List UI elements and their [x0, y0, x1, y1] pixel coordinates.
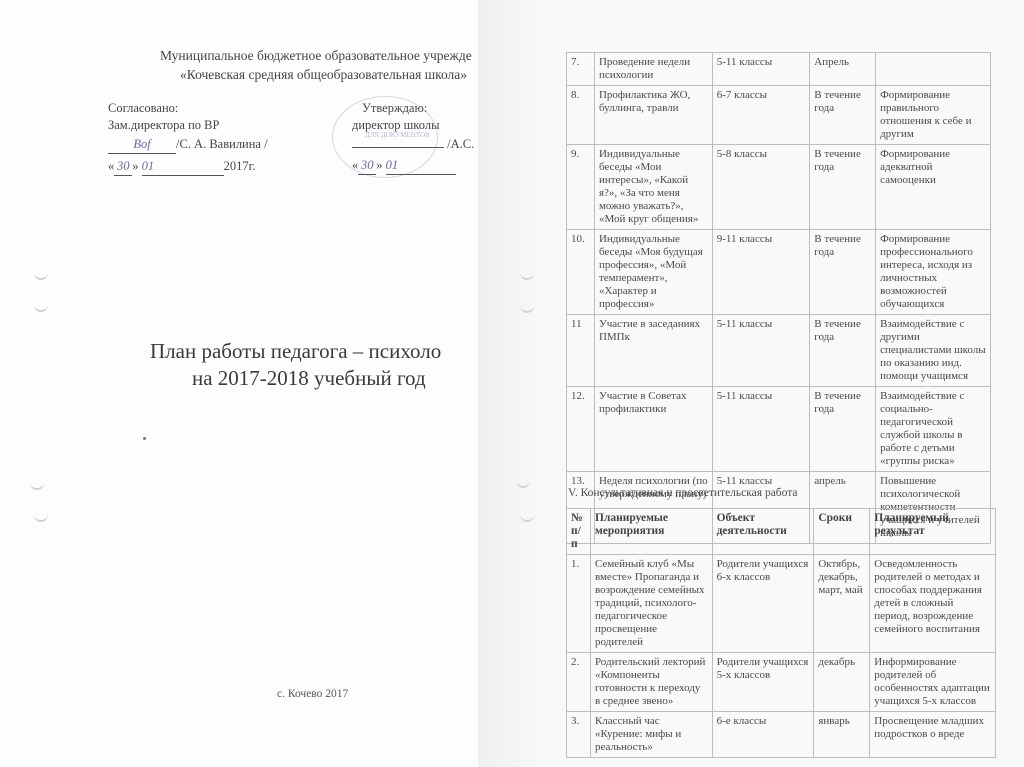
section-heading: V. Консультативная и просветительская ра… [568, 487, 798, 499]
title-line-2: на 2017-2018 учебный год [150, 365, 490, 392]
cell-target: 6-е классы [712, 712, 814, 758]
cell-period: январь [814, 712, 870, 758]
header-target: Объект деятельности [712, 509, 814, 555]
cell-period: В течение года [810, 145, 876, 230]
agreed-label: Согласовано: [108, 100, 268, 117]
agreed-position: Зам.директора по ВР [108, 117, 268, 134]
title-line-1: План работы педагога – психоло [150, 338, 490, 365]
cell-activity: Проведение недели психологии [594, 53, 712, 86]
header-num: № п/п [567, 509, 591, 555]
cell-target: 5-8 классы [712, 145, 810, 230]
cell-target: 5-11 классы [712, 315, 810, 387]
cell-result: Взаимодействие с другими специалистами ш… [876, 315, 991, 387]
cell-num: 8. [567, 86, 595, 145]
ink-speck [143, 437, 146, 440]
cell-result: Осведомленность родителей о методах и сп… [870, 555, 996, 653]
cell-period: декабрь [814, 653, 870, 712]
cell-result: Взаимодействие с социально-педагогическо… [876, 387, 991, 472]
header-activity: Планируемые мероприятия [590, 509, 712, 555]
cell-target: Родители учащихся 5-х классов [712, 653, 814, 712]
cell-period: Апрель [810, 53, 876, 86]
cell-num: 12. [567, 387, 595, 472]
table-row: 1. Семейный клуб «Мы вместе» Пропаганда … [567, 555, 996, 653]
cell-num: 9. [567, 145, 595, 230]
approved-position: директор школы [352, 117, 474, 134]
cell-result [876, 53, 991, 86]
table-row: 3. Классный час «Курение: мифы и реально… [567, 712, 996, 758]
left-page: Муниципальное бюджетное образовательное … [0, 0, 478, 767]
cell-result: Просвещение младших подростков о вреде [870, 712, 996, 758]
cell-num: 1. [567, 555, 591, 653]
cell-result: Формирование правильного отношения к себ… [876, 86, 991, 145]
approved-block: Утверждаю: директор школы /А.С. «30» 01 [352, 100, 474, 175]
punch-hole-icon [516, 478, 530, 488]
punch-hole-icon [30, 480, 44, 490]
cell-target: 6-7 классы [712, 86, 810, 145]
table-row: 11 Участие в заседаниях ПМПк 5-11 классы… [567, 315, 991, 387]
agreed-name: /С. А. Вавилина / [176, 137, 268, 151]
table-row: 8. Профилактика ЖО, буллинга, травли 6-7… [567, 86, 991, 145]
cell-target: 5-11 классы [712, 53, 810, 86]
punch-hole-icon [520, 270, 534, 280]
handwritten-signature: Bof [133, 137, 150, 151]
table-row: 2. Родительский лекторий «Компоненты гот… [567, 653, 996, 712]
consultation-table: № п/п Планируемые мероприятия Объект дея… [566, 508, 996, 758]
cell-period: В течение года [810, 315, 876, 387]
document-title: План работы педагога – психоло на 2017-2… [150, 338, 490, 392]
cell-result: Формирование адекватной самооценки [876, 145, 991, 230]
date-day: 30 [114, 158, 132, 176]
cell-num: 3. [567, 712, 591, 758]
signature-line [352, 147, 444, 148]
cell-activity: Участие в Советах профилактики [594, 387, 712, 472]
header-result: Планируемый результат [870, 509, 996, 555]
cell-activity: Семейный клуб «Мы вместе» Пропаганда и в… [590, 555, 712, 653]
table-header-row: № п/п Планируемые мероприятия Объект дея… [567, 509, 996, 555]
cell-num: 10. [567, 230, 595, 315]
header-period: Сроки [814, 509, 870, 555]
punch-hole-icon [34, 302, 48, 312]
institution-header: Муниципальное бюджетное образовательное … [160, 46, 490, 84]
footer-place-year: с. Кочево 2017 [277, 688, 348, 700]
table-row: 12. Участие в Советах профилактики 5-11 … [567, 387, 991, 472]
table-row: 7. Проведение недели психологии 5-11 кла… [567, 53, 991, 86]
approved-name: /А.С. [447, 137, 474, 151]
cell-activity: Профилактика ЖО, буллинга, травли [594, 86, 712, 145]
cell-target: Родители учащихся 6-х классов [712, 555, 814, 653]
institution-line-2: «Кочевская средняя общеобразовательная ш… [160, 65, 490, 84]
cell-num: 7. [567, 53, 595, 86]
cell-activity: Участие в заседаниях ПМПк [594, 315, 712, 387]
cell-num: 2. [567, 653, 591, 712]
punch-hole-icon [520, 512, 534, 522]
cell-period: В течение года [810, 230, 876, 315]
date-day: 30 [358, 157, 376, 175]
approved-label: Утверждаю: [352, 100, 474, 117]
date-year: 2017г. [224, 159, 256, 173]
date-month: 01 [142, 158, 224, 176]
cell-result: Информирование родителей об особенностях… [870, 653, 996, 712]
punch-hole-icon [520, 303, 534, 313]
cell-num: 11 [567, 315, 595, 387]
cell-activity: Индивидуальные беседы «Моя будущая профе… [594, 230, 712, 315]
cell-activity: Родительский лекторий «Компоненты готовн… [590, 653, 712, 712]
cell-result: Формирование профессионального интереса,… [876, 230, 991, 315]
cell-target: 9-11 классы [712, 230, 810, 315]
cell-activity: Индивидуальные беседы «Мои интересы», «К… [594, 145, 712, 230]
institution-line-1: Муниципальное бюджетное образовательное … [160, 46, 490, 65]
signature-line: Bof [108, 136, 176, 154]
agreed-block: Согласовано: Зам.директора по ВР Bof/С. … [108, 100, 268, 176]
cell-target: 5-11 классы [712, 387, 810, 472]
punch-hole-icon [34, 270, 48, 280]
date-month: 01 [386, 157, 456, 175]
table-row: 9. Индивидуальные беседы «Мои интересы»,… [567, 145, 991, 230]
cell-activity: Классный час «Курение: мифы и реальность… [590, 712, 712, 758]
punch-hole-icon [34, 512, 48, 522]
cell-period: В течение года [810, 387, 876, 472]
cell-period: Октябрь, декабрь, март, май [814, 555, 870, 653]
table-row: 10. Индивидуальные беседы «Моя будущая п… [567, 230, 991, 315]
cell-period: В течение года [810, 86, 876, 145]
activities-table: 7. Проведение недели психологии 5-11 кла… [566, 52, 991, 544]
